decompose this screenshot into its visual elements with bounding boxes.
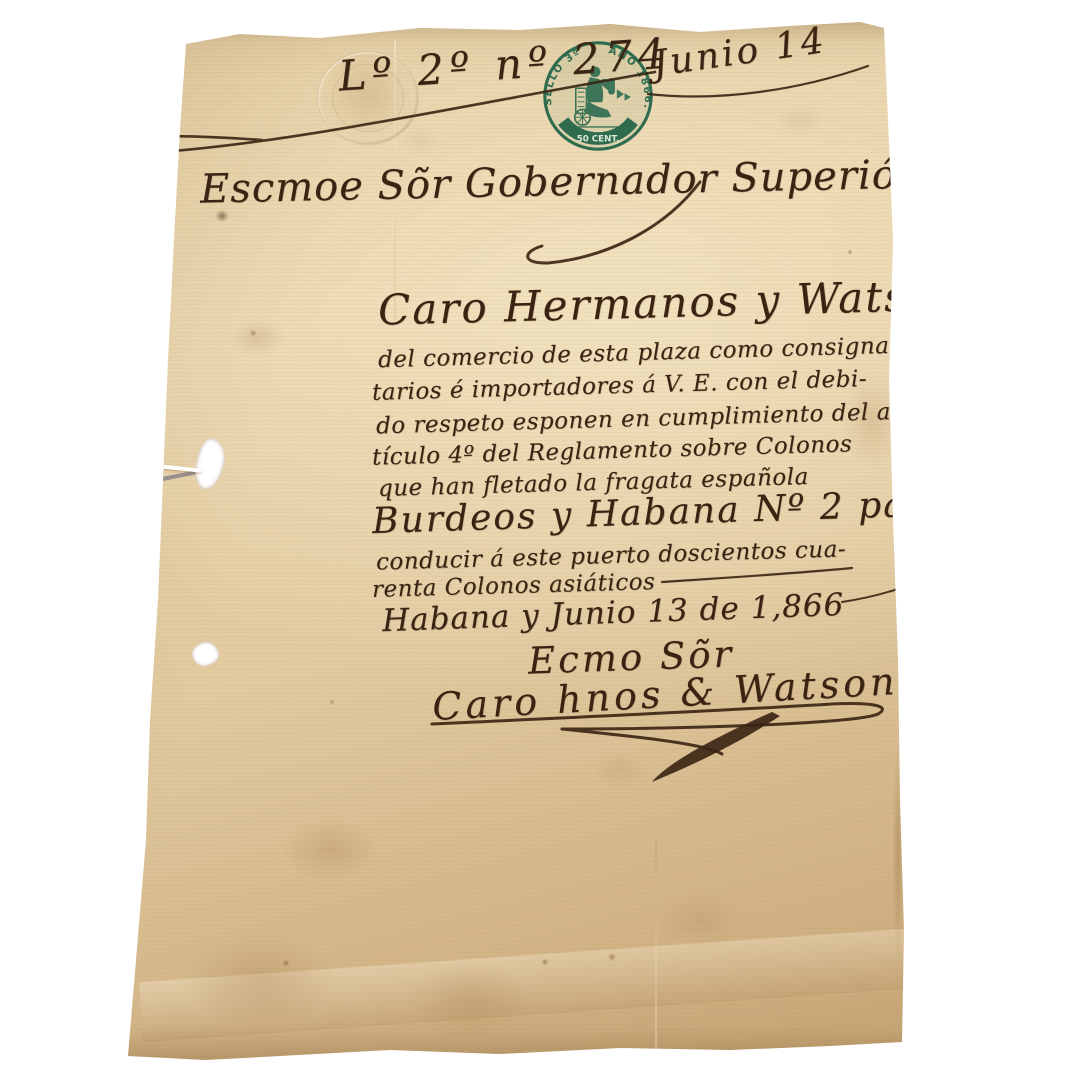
embossed-seal-crest (332, 64, 404, 132)
photo-background: SELLO 3º AÑO 1866. 50 CENT. (0, 0, 1080, 1080)
date-underline-flourish (648, 66, 868, 96)
paper-hole (190, 640, 221, 668)
document-page: SELLO 3º AÑO 1866. 50 CENT. (0, 0, 1080, 1080)
stamp-denomination-text: 50 CENT. (577, 134, 620, 144)
pen-flourishes (0, 0, 1080, 1080)
body-line: tarios é importadores á V. E. con el deb… (372, 366, 868, 406)
stamp-outer-ring (545, 43, 651, 149)
sender-name-line: Caro Hermanos y Watson (377, 270, 964, 334)
received-date-annotation: Junio 14 (650, 20, 829, 85)
foxing-stains (0, 0, 1080, 1080)
edge-tear (150, 463, 202, 472)
body-line: do respeto esponen en cumplimiento del a… (376, 399, 911, 440)
dateline: Habana y Junio 13 de 1,866 (382, 587, 845, 639)
stamp-denomination-band (563, 121, 633, 138)
body-line: conducir á este puerto doscientos cua- (376, 536, 847, 575)
vertical-crease (394, 40, 396, 320)
pencil-mark (148, 470, 212, 482)
asiaticos-dash (662, 568, 852, 582)
ship-name-line: Burdeos y Habana Nº 2 para (371, 483, 949, 542)
dateline-dash (842, 586, 906, 602)
bottom-fold-shading (139, 928, 921, 1042)
body-line: del comercio de esta plaza como consigna… (378, 333, 898, 374)
signature: Caro hnos & Watson (431, 659, 899, 729)
stamp-arc-right-text: AÑO 1866. (607, 45, 653, 110)
revenue-stamp: SELLO 3º AÑO 1866. 50 CENT. (540, 38, 656, 154)
svg-text:AÑO 1866.: AÑO 1866. (607, 45, 653, 110)
stamp-arc-left-text: SELLO 3º (543, 48, 583, 106)
stamp-allegory-figure (567, 67, 630, 127)
annotation-underline-flourish (71, 72, 655, 154)
embossed-seal (318, 52, 418, 144)
closing-line: Ecmo Sõr (527, 632, 735, 682)
vertical-crease (655, 840, 657, 1050)
salutation-line: Escmoe Sõr Gobernador Superiór Civil (200, 149, 1028, 212)
body-line: que han fletado la fragata española (378, 464, 809, 502)
body-line: tículo 4º del Reglamento sobre Colonos (372, 431, 853, 470)
signature-rubric-swoosh (652, 712, 780, 782)
salutation-descender-flourish (528, 182, 700, 263)
signature-rubric-curl (562, 729, 722, 754)
svg-text:SELLO 3º: SELLO 3º (543, 48, 583, 106)
paper-hole (192, 436, 228, 492)
ledger-number-annotation: Lº 2º nº 274 (337, 28, 673, 100)
body-line: renta Colonos asiáticos (372, 569, 656, 603)
signature-rubric-underline (432, 703, 882, 729)
